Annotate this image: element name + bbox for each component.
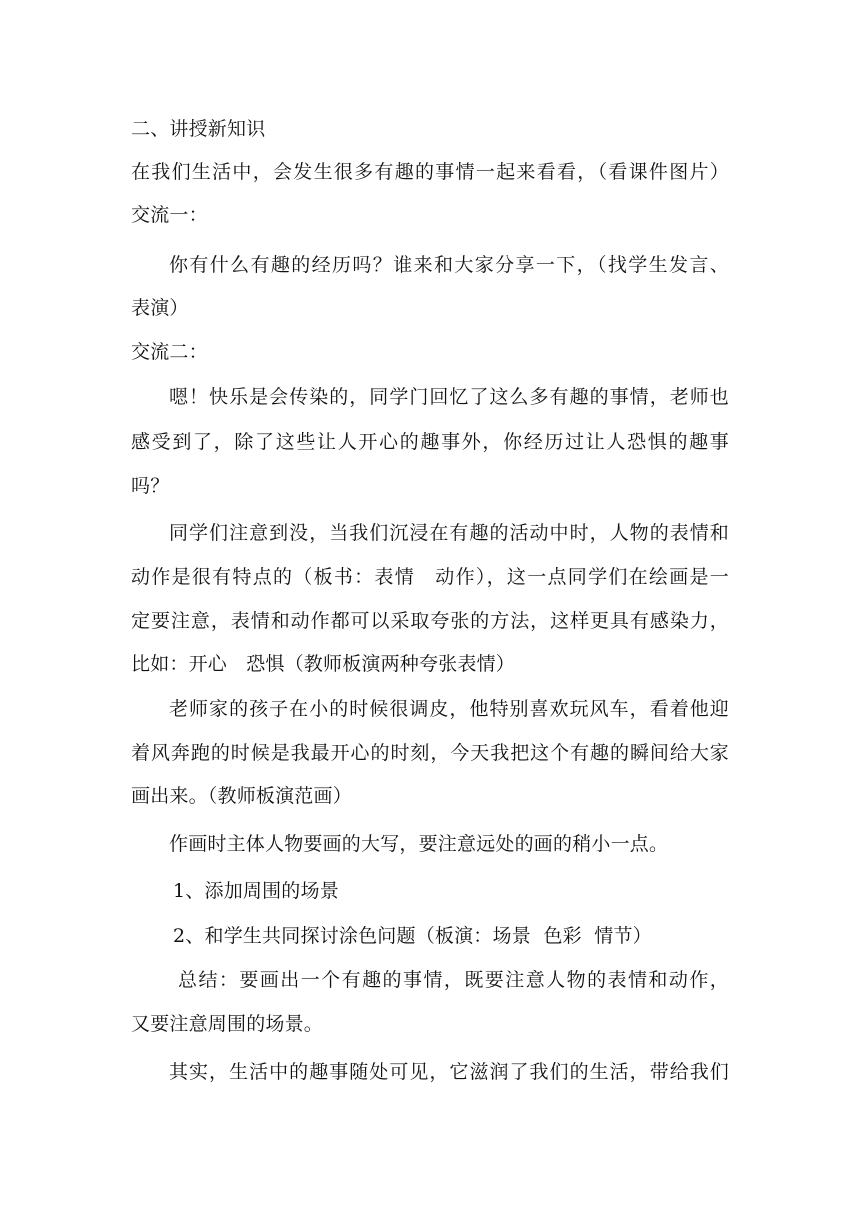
expression-paragraph-line-4: 比如：开心 恐惧（教师板演两种夸张表情） bbox=[131, 652, 515, 676]
exchange-two-label: 交流二： bbox=[131, 340, 208, 364]
document-page: 二、讲授新知识 在我们生活中，会发生很多有趣的事情一起来看看，（看课件图片） 交… bbox=[0, 0, 860, 1216]
exchange-one-paragraph-line-1: 你有什么有趣的经历吗？谁来和大家分享一下，（找学生发言、 bbox=[169, 253, 729, 277]
exchange-two-paragraph-line-1: 嗯！快乐是会传染的，同学门回忆了这么多有趣的事情，老师也 bbox=[169, 385, 729, 409]
summary-line-1: 总结：要画出一个有趣的事情，既要注意人物的表情和动作， bbox=[178, 968, 729, 992]
summary-line-2: 又要注意周围的场景。 bbox=[131, 1012, 323, 1036]
exchange-two-paragraph-line-2: 感受到了，除了这些让人开心的趣事外，你经历过让人恐惧的趣事 bbox=[131, 430, 729, 454]
step-item-2: 2、和学生共同探讨涂色问题（板演：场景 色彩 情节） bbox=[173, 924, 652, 948]
exchange-one-label: 交流一： bbox=[131, 203, 208, 227]
closing-line: 其实，生活中的趣事随处可见，它滋润了我们的生活，带给我们 bbox=[169, 1060, 729, 1084]
step-item-1: 1、添加周围的场景 bbox=[173, 879, 339, 903]
demo-paragraph-line-3: 画出来。（教师板演范画） bbox=[131, 784, 352, 808]
exchange-one-paragraph-line-2: 表演） bbox=[131, 296, 189, 320]
exchange-two-paragraph-line-3: 吗？ bbox=[131, 474, 169, 498]
demo-paragraph-line-2: 着风奔跑的时候是我最开心的时刻，今天我把这个有趣的瞬间给大家 bbox=[131, 741, 729, 765]
intro-line: 在我们生活中，会发生很多有趣的事情一起来看看，（看课件图片） bbox=[131, 160, 729, 184]
expression-paragraph-line-3: 定要注意，表情和动作都可以采取夸张的方法，这样更具有感染力， bbox=[131, 609, 729, 633]
expression-paragraph-line-1: 同学们注意到没，当我们沉浸在有趣的活动中时，人物的表情和 bbox=[169, 521, 729, 545]
composition-tip: 作画时主体人物要画的大写，要注意远处的画的稍小一点。 bbox=[169, 832, 668, 856]
section-heading: 二、讲授新知识 bbox=[131, 117, 265, 141]
expression-paragraph-line-2: 动作是很有特点的（板书：表情 动作），这一点同学们在绘画是一 bbox=[131, 565, 729, 589]
demo-paragraph-line-1: 老师家的孩子在小的时候很调皮，他特别喜欢玩风车，看着他迎 bbox=[169, 697, 729, 721]
